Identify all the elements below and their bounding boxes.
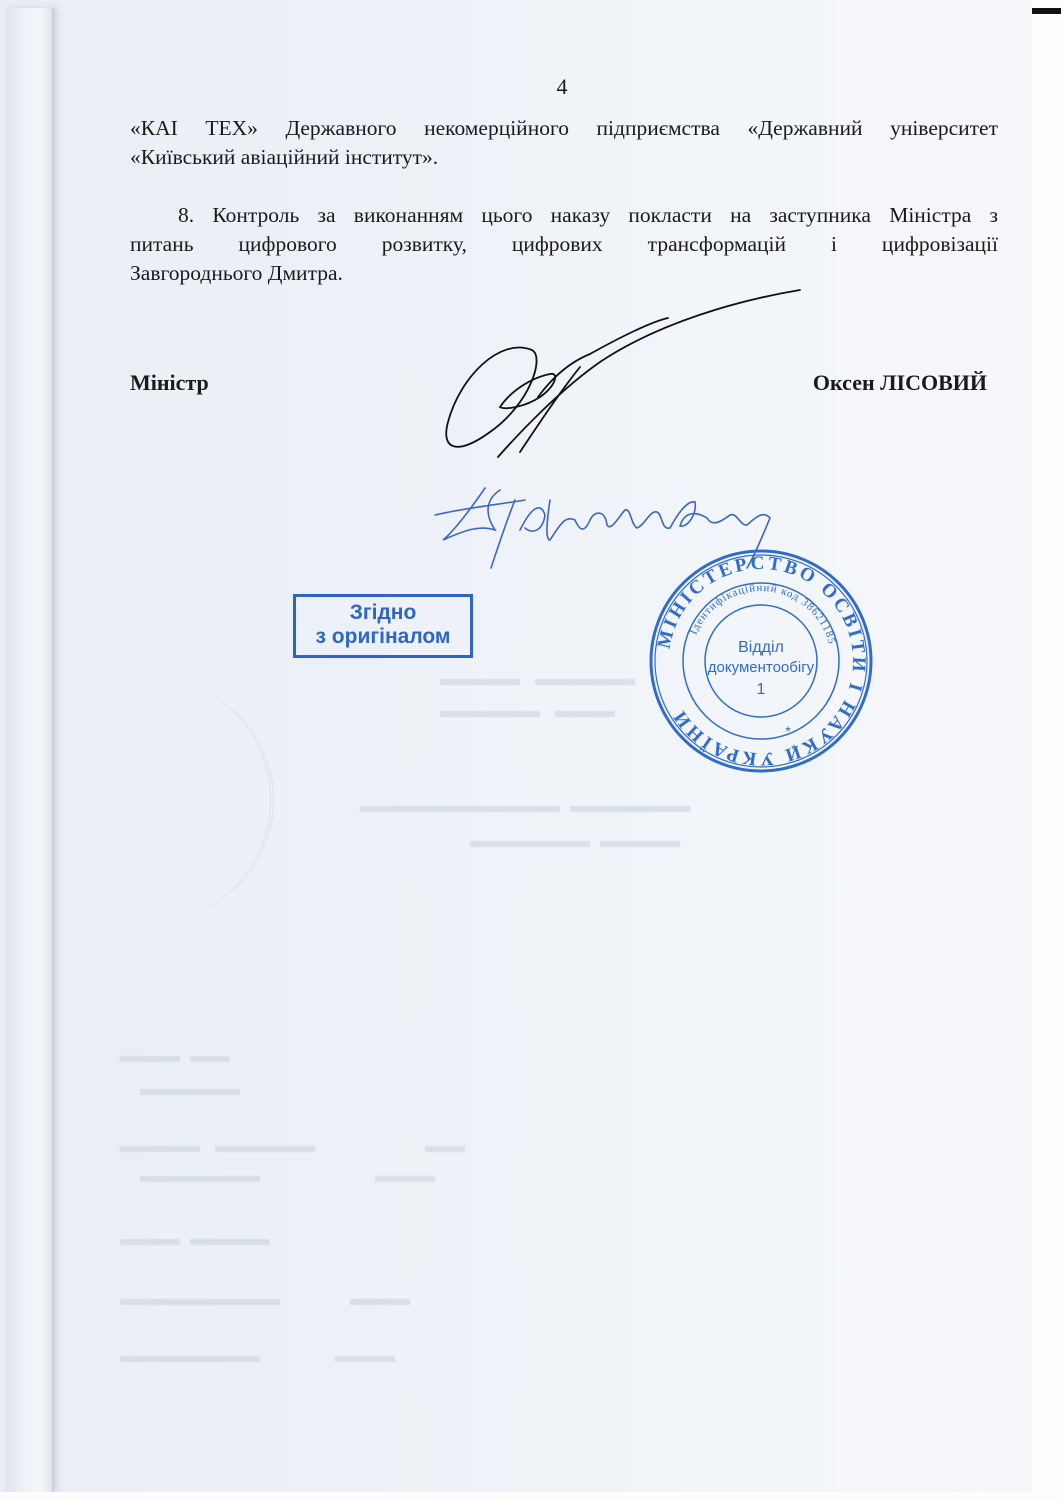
bleed-through-text: ▬▬▬▬ ▬▬▬▬▬ ▬▬ bbox=[120, 1135, 465, 1158]
paragraph-8: 8. Контроль за виконанням цього наказу п… bbox=[130, 201, 998, 288]
bleed-through-text: ▬▬▬▬▬ ▬▬▬ bbox=[440, 700, 615, 723]
seal-star-icon: * bbox=[791, 741, 797, 757]
stamp-line-2: з оригіналом bbox=[296, 625, 470, 649]
stamp-line-1: Згідно bbox=[296, 601, 470, 625]
page-number: 4 bbox=[550, 74, 574, 100]
bleed-through-text: ▬▬▬▬▬▬ ▬▬▬▬ bbox=[470, 830, 680, 853]
bleed-through-text: ▬▬▬ ▬▬▬▬ bbox=[120, 1228, 270, 1251]
seal-center-line-3: 1 bbox=[757, 681, 766, 698]
bleed-through-text: ▬▬▬▬▬▬ ▬▬▬ bbox=[140, 1165, 435, 1188]
paragraph-continuation: «КАІ ТЕХ» Державного некомерційного підп… bbox=[130, 114, 998, 172]
bleed-through-text: ▬▬▬▬▬▬▬▬▬▬ ▬▬▬▬▬▬ bbox=[360, 795, 690, 818]
minister-signature bbox=[440, 282, 810, 462]
seal-center-line-1: Відділ bbox=[738, 639, 784, 656]
bleed-through-text: ▬▬▬ ▬▬ bbox=[120, 1045, 230, 1068]
bleed-through-text: ▬▬▬▬▬▬▬ ▬▬▬ bbox=[120, 1345, 395, 1368]
page-bottom-margin bbox=[0, 1492, 1061, 1500]
ministry-seal: МІНІСТЕРСТВО ОСВІТИ І НАУКИ УКРАЇНИ Іден… bbox=[648, 548, 874, 774]
paragraph-line: «Київський авіаційний інститут». bbox=[130, 143, 998, 172]
seal-star-icon: * bbox=[785, 723, 791, 739]
signatory-name: Оксен ЛІСОВИЙ bbox=[813, 370, 987, 396]
scan-edge-mark bbox=[1032, 8, 1061, 14]
bleed-through-text: ▬▬▬▬▬▬▬▬ ▬▬▬ bbox=[120, 1288, 410, 1311]
paragraph-line: «КАІ ТЕХ» Державного некомерційного підп… bbox=[130, 114, 998, 143]
signatory-role: Міністр bbox=[130, 370, 209, 396]
certified-copy-stamp: Згідно з оригіналом bbox=[293, 594, 473, 658]
page-right-margin bbox=[1032, 0, 1061, 1500]
paragraph-line: 8. Контроль за виконанням цього наказу п… bbox=[130, 201, 998, 230]
seal-center-line-2: документообігу bbox=[708, 659, 815, 676]
bleed-through-text: ▬▬▬▬ ▬▬▬▬▬ bbox=[440, 668, 635, 691]
paragraph-line: питань цифрового розвитку, цифрових тран… bbox=[130, 230, 998, 259]
bleed-through-text: ▬▬▬▬▬ bbox=[140, 1078, 240, 1101]
binding-edge bbox=[6, 8, 54, 1492]
